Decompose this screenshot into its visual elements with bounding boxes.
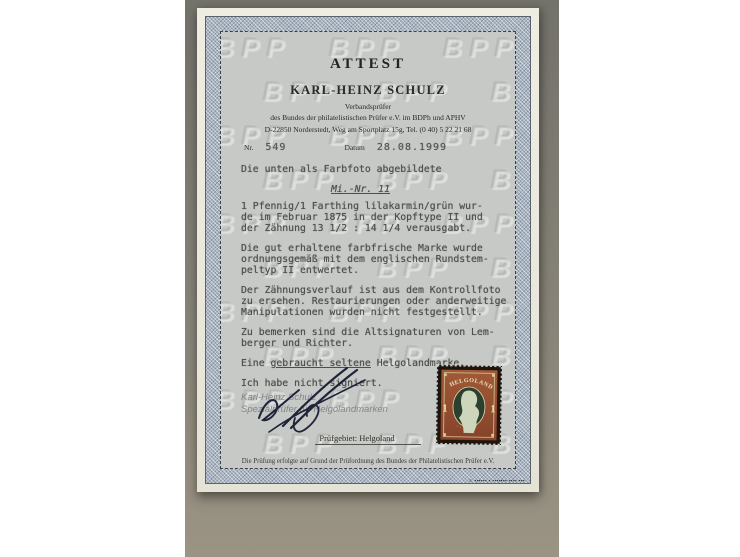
page-canvas: BPP BPP BPP BPP BPP BPPBPP BPP BPP BPP B… xyxy=(0,0,740,557)
examiner-name: KARL-HEINZ SCHULZ xyxy=(221,83,515,98)
certificate-paper: BPP BPP BPP BPP BPP BPPBPP BPP BPP BPP B… xyxy=(197,8,539,492)
nr-label: Nr. xyxy=(244,143,253,152)
intro-line: Die unten als Farbfoto abgebildete xyxy=(241,164,515,175)
paragraph-issue: 1 Pfennig/1 Farthing lilakarmin/grün wur… xyxy=(241,201,515,234)
nr-value: 549 xyxy=(265,142,286,153)
paragraph-condition: Die gut erhaltene farbfrische Marke wurd… xyxy=(241,243,515,276)
certificate-field: BPP BPP BPP BPP BPP BPPBPP BPP BPP BPP B… xyxy=(220,31,516,469)
pruefgebiet-line: Prüfgebiet: Helgoland xyxy=(221,433,515,443)
paragraph-perforation: Der Zähnungsverlauf ist aus dem Kontroll… xyxy=(241,285,515,318)
legal-line: Die Prüfung erfolgte auf Grund der Prüfo… xyxy=(221,458,515,465)
stamp-denomination-left: 1 xyxy=(442,403,448,415)
date-label: Datum xyxy=(344,143,364,152)
number-date-row: Nr. 549 Datum 28.08.1999 xyxy=(244,142,515,156)
certificate-content: ATTEST KARL-HEINZ SCHULZ Verbandsprüfer … xyxy=(221,32,515,469)
paragraph-signatures: Zu bemerken sind die Altsignaturen von L… xyxy=(241,327,515,349)
organization-line: des Bundes der philatelistischen Prüfer … xyxy=(221,113,515,122)
pruefgebiet-label: Prüfgebiet: Helgoland xyxy=(315,433,420,445)
photo-background: BPP BPP BPP BPP BPP BPPBPP BPP BPP BPP B… xyxy=(185,0,559,557)
examiner-role: Verbandsprüfer xyxy=(221,102,515,111)
catalog-number: Mi.-Nr. 11 xyxy=(331,184,515,195)
address-line: D-22850 Norderstedt, Weg am Sportplatz 1… xyxy=(221,125,515,134)
printer-imprint: © ▪▪▪▪▪▪ ▪ ▪▪▪▪▪▪▪ ▪▪▪▪ ▪▪▪ xyxy=(469,478,525,483)
signature-block: Karl-Heinz Schulz Spezialprüfer für Helg… xyxy=(221,370,431,442)
attest-title: ATTEST xyxy=(221,56,515,73)
stamp-denomination-right: 1 xyxy=(490,403,496,415)
date-value: 28.08.1999 xyxy=(377,142,447,153)
